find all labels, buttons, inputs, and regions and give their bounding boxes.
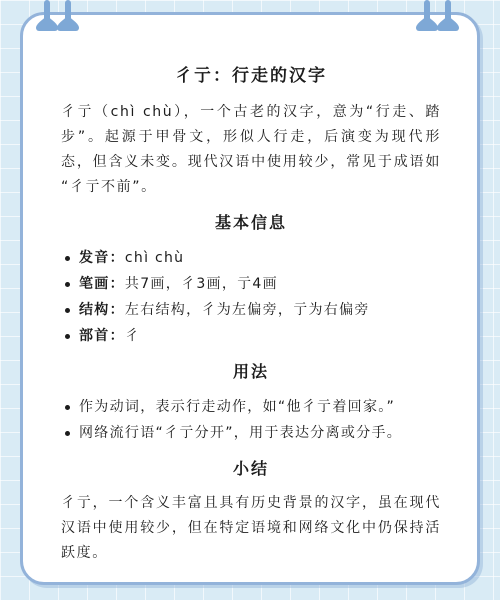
basic-info-list: 发音：chì chù 笔画：共7画，彳3画，亍4画 结构：左右结构，彳为左偏旁，… xyxy=(61,245,441,349)
list-item: 笔画：共7画，彳3画，亍4画 xyxy=(61,271,441,297)
bullet-value: 共7画，彳3画，亍4画 xyxy=(125,276,278,292)
pin-icon xyxy=(55,0,81,32)
list-item: 结构：左右结构，彳为左偏旁，亍为右偏旁 xyxy=(61,297,441,323)
usage-list: 作为动词，表示行走动作，如“他彳亍着回家。” 网络流行语“彳亍分开”，用于表达分… xyxy=(61,394,441,446)
section-heading-basic-info: 基本信息 xyxy=(61,210,441,233)
bullet-label: 结构： xyxy=(79,302,125,318)
bullet-label: 部首： xyxy=(79,328,125,344)
bullet-label: 笔画： xyxy=(79,276,125,292)
section-heading-usage: 用法 xyxy=(61,359,441,382)
bullet-dot-icon xyxy=(65,405,70,410)
section-heading-summary: 小结 xyxy=(61,456,441,479)
note-card-content: 彳亍：行走的汉字 彳亍（chì chù），一个古老的汉字，意为“行走、踏步”。起… xyxy=(23,15,477,566)
bullet-text: 结构：左右结构，彳为左偏旁，亍为右偏旁 xyxy=(79,297,370,323)
list-item: 部首：彳 xyxy=(61,323,441,349)
bullet-text: 部首：彳 xyxy=(79,323,140,349)
note-card: 彳亍：行走的汉字 彳亍（chì chù），一个古老的汉字，意为“行走、踏步”。起… xyxy=(20,12,480,585)
list-item: 作为动词，表示行走动作，如“他彳亍着回家。” xyxy=(61,394,441,420)
summary-paragraph: 彳亍，一个含义丰富且具有历史背景的汉字，虽在现代汉语中使用较少，但在特定语境和网… xyxy=(61,491,441,566)
bullet-value: 彳 xyxy=(125,328,140,344)
bullet-dot-icon xyxy=(65,282,70,287)
bullet-value: chì chù xyxy=(125,250,184,266)
pin-icon xyxy=(435,0,461,32)
page-title: 彳亍：行走的汉字 xyxy=(61,61,441,86)
bullet-label: 发音： xyxy=(79,250,125,266)
page-background-grid: { "colors":{ "page-bg":"#d9ebf5", "card-… xyxy=(0,0,500,600)
bullet-value: 左右结构，彳为左偏旁，亍为右偏旁 xyxy=(125,302,370,318)
bullet-text: 作为动词，表示行走动作，如“他彳亍着回家。” xyxy=(79,394,395,420)
bullet-text: 网络流行语“彳亍分开”，用于表达分离或分手。 xyxy=(79,420,402,446)
bullet-text: 笔画：共7画，彳3画，亍4画 xyxy=(79,271,278,297)
bullet-dot-icon xyxy=(65,256,70,261)
bullet-dot-icon xyxy=(65,308,70,313)
list-item: 网络流行语“彳亍分开”，用于表达分离或分手。 xyxy=(61,420,441,446)
bullet-text: 发音：chì chù xyxy=(79,245,184,271)
list-item: 发音：chì chù xyxy=(61,245,441,271)
bullet-dot-icon xyxy=(65,334,70,339)
bullet-dot-icon xyxy=(65,431,70,436)
intro-paragraph: 彳亍（chì chù），一个古老的汉字，意为“行走、踏步”。起源于甲骨文，形似人… xyxy=(61,100,441,200)
